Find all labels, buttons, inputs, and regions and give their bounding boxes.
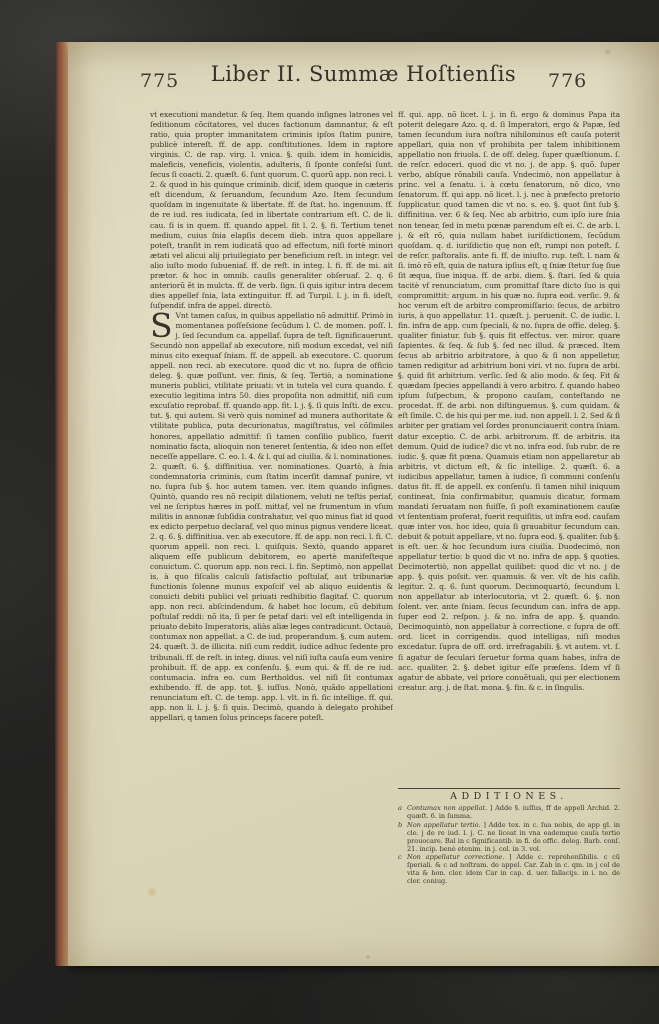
book-page: 775 Liber II. Summæ Hoſtienſis 776 a vt … xyxy=(68,42,659,966)
note-text: Non appellatur correctione. ] Adde c. re… xyxy=(407,854,620,886)
note-lead: Non appellatur correctione. xyxy=(407,853,504,861)
additiones-section: ADDITIONES. a Contumax non appellat. ] A… xyxy=(398,788,620,887)
note-text: Non appellatur tertio. ] Adde tex. in c.… xyxy=(407,822,620,854)
paragraph-text: Vnt tamen caſus, in quibus appellatio nõ… xyxy=(150,311,393,722)
drop-cap-initial: S xyxy=(150,311,176,340)
paragraph-text: vt executioni mandetur. & ſeq. Item quan… xyxy=(150,110,393,310)
photo-background: 775 Liber II. Summæ Hoſtienſis 776 a vt … xyxy=(0,0,659,1024)
folio-number-right: 776 xyxy=(548,70,587,92)
text-column-left: a vt executioni mandetur. & ſeq. Item qu… xyxy=(150,110,393,928)
additiones-note: a Contumax non appellat. ] Adde §. iuſſu… xyxy=(398,805,620,821)
note-lead: Non appellatur tertio. xyxy=(407,821,481,829)
note-letter: b xyxy=(398,822,407,854)
section-divider xyxy=(398,788,620,789)
note-lead: Contumax non appellat. xyxy=(407,804,487,812)
paragraph: ff. qui. app. nõ licet. l. j. in fi. erg… xyxy=(398,110,620,693)
paragraph: SVnt tamen caſus, in quibus appellatio n… xyxy=(150,311,393,723)
note-letter: c xyxy=(398,854,407,886)
text-column-right: b c ff. qui. app. nõ licet. l. j. in fi.… xyxy=(398,110,620,792)
book-page-edge xyxy=(55,42,68,966)
additiones-note: c Non appellatur correctione. ] Adde c. … xyxy=(398,854,620,886)
page-header: 775 Liber II. Summæ Hoſtienſis 776 xyxy=(68,58,659,104)
paragraph-text: ff. qui. app. nõ licet. l. j. in fi. erg… xyxy=(398,110,620,692)
paragraph: vt executioni mandetur. & ſeq. Item quan… xyxy=(150,110,393,311)
additiones-note: b Non appellatur tertio. ] Adde tex. in … xyxy=(398,822,620,854)
additiones-heading: ADDITIONES. xyxy=(398,791,620,802)
note-text: Contumax non appellat. ] Adde §. iuſſus,… xyxy=(407,805,620,821)
note-letter: a xyxy=(398,805,407,821)
